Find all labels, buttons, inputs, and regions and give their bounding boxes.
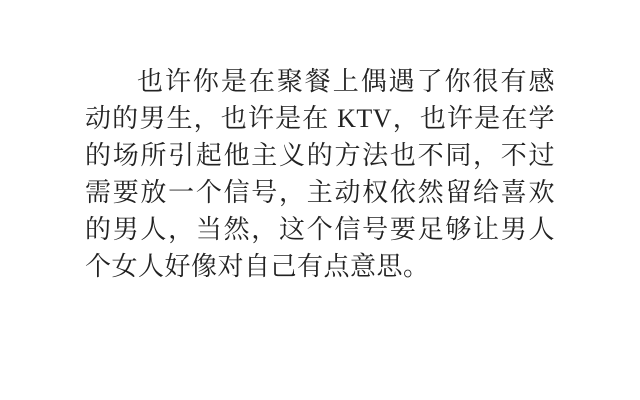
paragraph-line: 需要放一个信号，主动权依然留给喜欢主导地位	[85, 174, 555, 211]
article-page: 也许你是在聚餐上偶遇了你很有感觉很心动的男生，也许是在 KTV，也许是在学校。不…	[0, 0, 640, 400]
paragraph-line: 也许你是在聚餐上偶遇了你很有感觉很心	[85, 63, 555, 100]
paragraph-line: 的男人，当然，这个信号要足够让男人感觉到这	[85, 211, 555, 248]
paragraph-line: 的场所引起他主义的方法也不同，不过一般我们	[85, 137, 555, 174]
paragraph-line: 动的男生，也许是在 KTV，也许是在学校。不同	[85, 100, 555, 137]
paragraph-line: 个女人好像对自己有点意思。	[85, 248, 555, 285]
article-paragraph: 也许你是在聚餐上偶遇了你很有感觉很心动的男生，也许是在 KTV，也许是在学校。不…	[85, 63, 555, 285]
